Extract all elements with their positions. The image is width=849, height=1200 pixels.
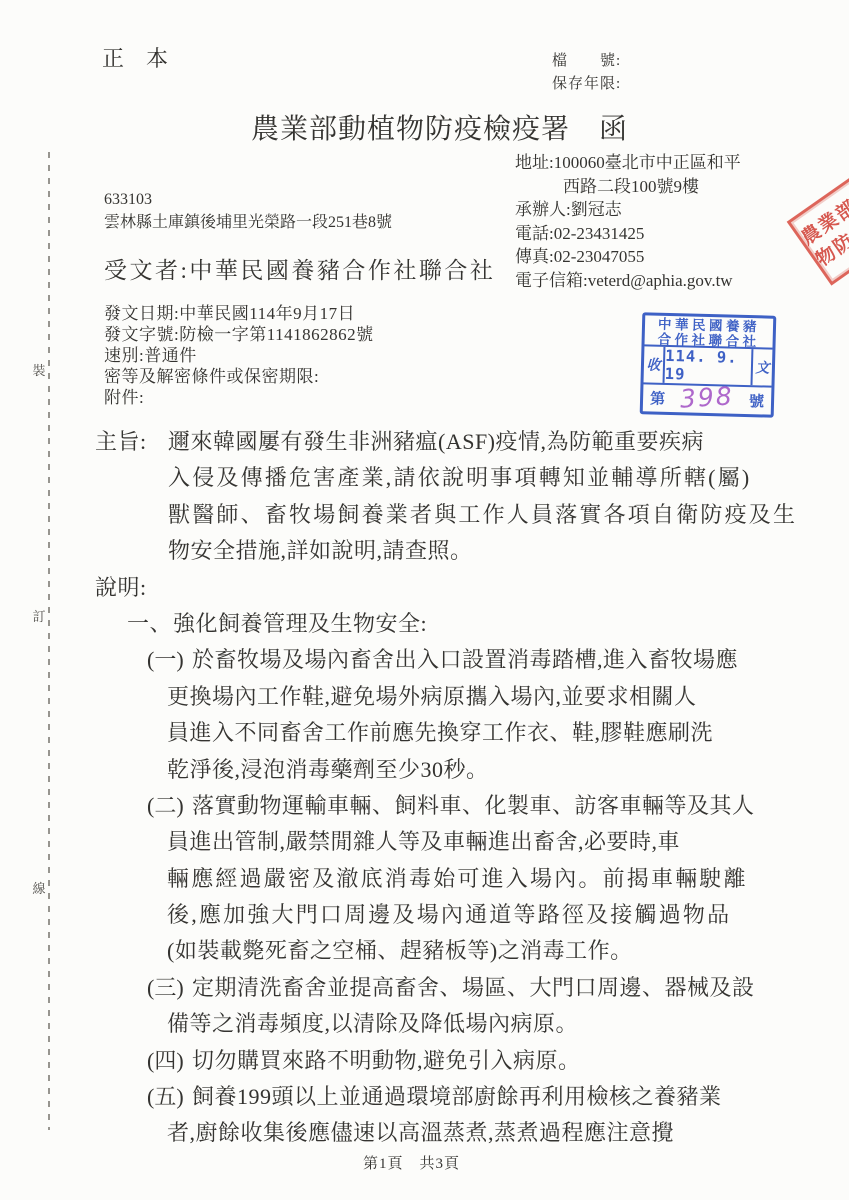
item-line: 乾淨後,浸泡消毒藥劑至少30秒。 bbox=[0, 752, 849, 788]
item-marker: (五) bbox=[147, 1079, 192, 1115]
meta-doc-number: 發文字號:防檢一字第1141862862號 bbox=[104, 324, 374, 345]
item-text: 定期清洗畜舍並提高畜舍、場區、大門口周邊、器械及設 bbox=[192, 975, 755, 1000]
item-line: (二)落實動物運輸車輛、飼料車、化製車、訪客車輛等及其人 bbox=[0, 788, 849, 824]
item-line: (如裝載斃死畜之空桶、趕豬板等)之消毒工作。 bbox=[0, 933, 849, 969]
explanation-label: 說明: bbox=[0, 570, 849, 606]
subject-line: 入侵及傳播危害產業,請依說明事項轉知並輔導所轄(屬) bbox=[0, 460, 849, 496]
item-line: (一)於畜牧場及場內畜舍出入口設置消毒踏槽,進入畜牧場應 bbox=[0, 642, 849, 678]
sender-address: 雲林縣土庫鎮後埔里光榮路一段251巷8號 bbox=[104, 211, 392, 234]
item-line: 備等之消毒頻度,以清除及降低場內病原。 bbox=[0, 1006, 849, 1042]
sender-postal-code: 633103 bbox=[104, 188, 392, 211]
agency-contact-block: 地址:100060臺北市中正區和平 西路二段100號9樓 承辦人:劉冠志 電話:… bbox=[515, 151, 741, 292]
receipt-stamp: 中華民國養豬 合作社聯合社 收 114. 9. 19 文 第 398 號 bbox=[640, 312, 777, 417]
item-line: 者,廚餘收集後應儘速以高溫蒸煮,蒸煮過程應注意攪 bbox=[0, 1115, 849, 1151]
meta-issue-date: 發文日期:中華民國114年9月17日 bbox=[104, 303, 374, 324]
meta-security: 密等及解密條件或保密期限: bbox=[104, 366, 374, 387]
subject-line: 獸醫師、畜牧場飼養業者與工作人員落實各項自衛防疫及生 bbox=[0, 497, 849, 533]
receipt-stamp-no-suffix: 號 bbox=[749, 390, 765, 411]
agency-address-line1: 地址:100060臺北市中正區和平 bbox=[515, 151, 741, 175]
item-marker: (二) bbox=[147, 788, 192, 824]
item-line: 更換場內工作鞋,避免場外病原攜入場內,並要求相關人 bbox=[0, 679, 849, 715]
subject-line: 物安全措施,詳如說明,請查照。 bbox=[0, 533, 849, 569]
section-text: 強化飼養管理及生物安全: bbox=[173, 611, 427, 636]
agency-email: 電子信箱:veterd@aphia.gov.tw bbox=[515, 269, 741, 293]
item-line: 後,應加強大門口周邊及場內通道等路徑及接觸過物品 bbox=[0, 897, 849, 933]
item-marker: (四) bbox=[147, 1043, 192, 1079]
document-title: 農業部動植物防疫檢疫署 函 bbox=[0, 107, 849, 147]
item-text: 切勿購買來路不明動物,避免引入病原。 bbox=[192, 1048, 581, 1073]
meta-priority: 速別:普通件 bbox=[104, 345, 374, 366]
item-line: 員進出管制,嚴禁閒雜人等及車輛進出畜舍,必要時,車 bbox=[0, 824, 849, 860]
document-meta-block: 發文日期:中華民國114年9月17日 發文字號:防檢一字第1141862862號… bbox=[104, 303, 374, 408]
receipt-stamp-number-row: 第 398 號 bbox=[643, 384, 772, 414]
receipt-stamp-date-row: 收 114. 9. 19 文 bbox=[643, 346, 772, 387]
item-text: 落實動物運輸車輛、飼料車、化製車、訪客車輛等及其人 bbox=[192, 793, 755, 818]
subject-line: 主旨:邇來韓國屢有發生非洲豬瘟(ASF)疫情,為防範重要疾病 bbox=[0, 424, 849, 460]
receipt-stamp-doc-char: 文 bbox=[750, 349, 772, 386]
item-line: (五)飼養199頭以上並通過環境部廚餘再利用檢核之養豬業 bbox=[0, 1079, 849, 1115]
archive-file-no: 檔 號: bbox=[552, 50, 621, 73]
receipt-stamp-no-prefix: 第 bbox=[650, 387, 666, 408]
item-line: (四)切勿購買來路不明動物,避免引入病原。 bbox=[0, 1043, 849, 1079]
receipt-stamp-receive-char: 收 bbox=[644, 346, 666, 383]
item-marker: (三) bbox=[147, 970, 192, 1006]
archive-block: 檔 號: 保存年限: bbox=[552, 50, 621, 96]
section-heading: 一、強化飼養管理及生物安全: bbox=[0, 606, 849, 642]
subject-label: 主旨: bbox=[95, 424, 168, 460]
copy-type-label: 正 本 bbox=[102, 42, 168, 73]
meta-attachment: 附件: bbox=[104, 387, 374, 408]
item-text: 於畜牧場及場內畜舍出入口設置消毒踏槽,進入畜牧場應 bbox=[192, 647, 738, 672]
item-line: (三)定期清洗畜舍並提高畜舍、場區、大門口周邊、器械及設 bbox=[0, 970, 849, 1006]
item-marker: (一) bbox=[147, 642, 192, 678]
binding-mark-zhuang: 裝 bbox=[30, 360, 48, 379]
receipt-stamp-date: 114. 9. 19 bbox=[665, 347, 752, 385]
recipient-line: 受文者:中華民國養豬合作社聯合社 bbox=[104, 252, 495, 285]
item-text: 飼養199頭以上並通過環境部廚餘再利用檢核之養豬業 bbox=[192, 1084, 722, 1109]
sender-block: 633103 雲林縣土庫鎮後埔里光榮路一段251巷8號 bbox=[104, 188, 392, 234]
archive-retention: 保存年限: bbox=[552, 73, 621, 96]
agency-fax: 傳真:02-23047055 bbox=[515, 245, 741, 269]
section-marker: 一、 bbox=[127, 606, 173, 642]
receipt-stamp-org: 中華民國養豬 合作社聯合社 bbox=[644, 315, 773, 349]
agency-address-line2: 西路二段100號9樓 bbox=[515, 175, 741, 199]
subject-text: 邇來韓國屢有發生非洲豬瘟(ASF)疫情,為防範重要疾病 bbox=[168, 429, 704, 454]
official-seal-stamp: 農業部動植 物防疫檢疫 bbox=[787, 164, 849, 285]
item-line: 輛應經過嚴密及澈底消毒始可進入場內。前揭車輛駛離 bbox=[0, 861, 849, 897]
receipt-stamp-number: 398 bbox=[679, 381, 734, 413]
agency-officer: 承辦人:劉冠志 bbox=[515, 198, 741, 222]
agency-phone: 電話:02-23431425 bbox=[515, 222, 741, 246]
page-footer: 第1頁 共3頁 bbox=[0, 1152, 849, 1173]
item-line: 員進入不同畜舍工作前應先換穿工作衣、鞋,膠鞋應刷洗 bbox=[0, 715, 849, 751]
document-body: 主旨:邇來韓國屢有發生非洲豬瘟(ASF)疫情,為防範重要疾病 入侵及傳播危害產業… bbox=[0, 424, 849, 1152]
